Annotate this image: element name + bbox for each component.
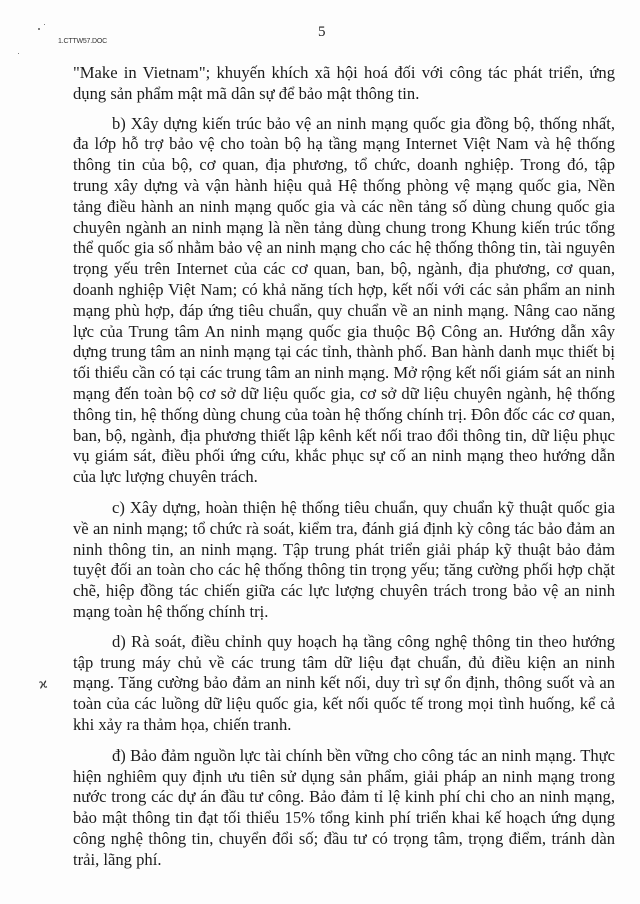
document-page: 1.CTTW57.DOC 5 "Make in Vietnam"; khuyến… (0, 0, 640, 904)
paragraph-item-dd: đ) Bảo đảm nguồn lực tài chính bền vững … (73, 746, 615, 871)
paragraph-item-b: b) Xây dựng kiến trúc bảo vệ an ninh mạn… (73, 114, 615, 488)
file-label: 1.CTTW57.DOC (58, 38, 107, 45)
handwritten-margin-mark-icon: ϰ (38, 676, 49, 692)
document-body: "Make in Vietnam"; khuyến khích xã hội h… (73, 63, 615, 870)
scan-speck (44, 24, 45, 25)
paragraph-item-d: d) Rà soát, điều chỉnh quy hoạch hạ tầng… (73, 632, 615, 736)
page-number: 5 (318, 24, 326, 41)
scan-speck (38, 28, 40, 30)
scan-speck (18, 53, 19, 54)
paragraph-continuation: "Make in Vietnam"; khuyến khích xã hội h… (73, 63, 615, 105)
paragraph-item-c: c) Xây dựng, hoàn thiện hệ thống tiêu ch… (73, 498, 615, 623)
